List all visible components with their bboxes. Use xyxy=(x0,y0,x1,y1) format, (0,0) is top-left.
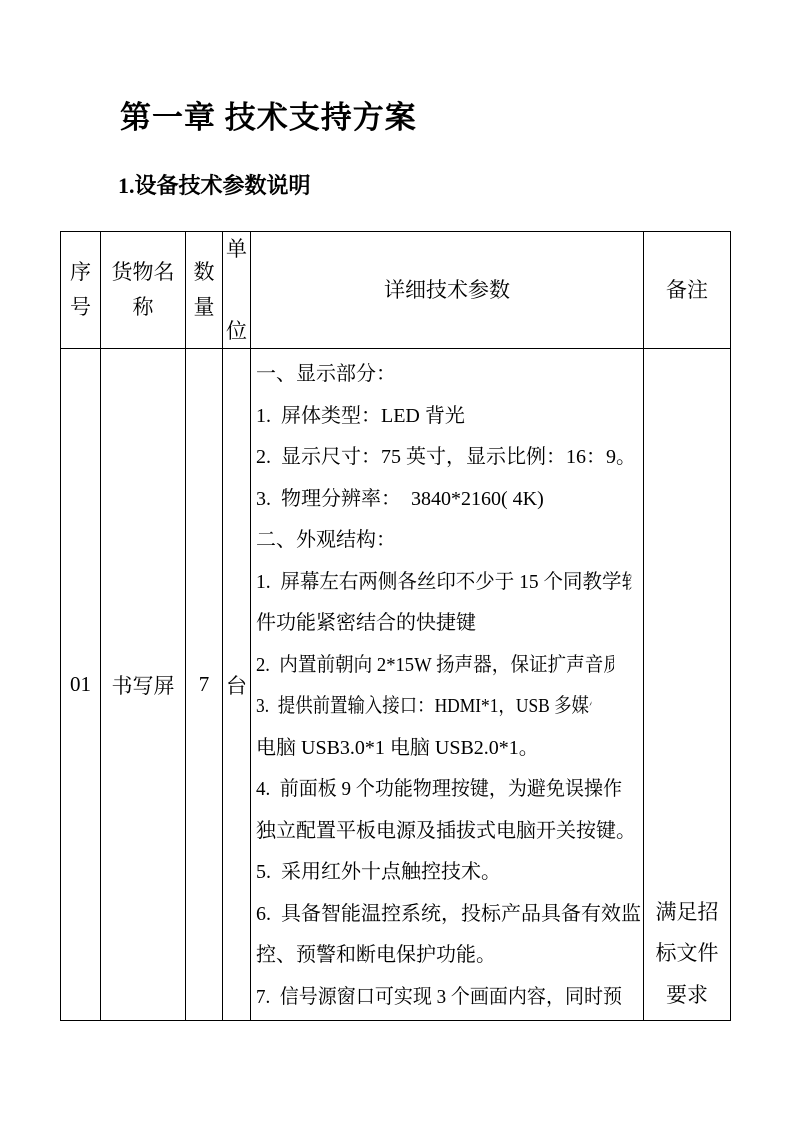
param-line: 2. 显示尺寸：75 英寸，显示比例：16：9。 xyxy=(256,437,641,479)
header-unit: 单 位 xyxy=(223,232,251,349)
remark-line: 要求 xyxy=(644,975,730,1017)
header-qty-line2: 量 xyxy=(186,290,222,325)
table-header-row: 序 号 货物名 称 数 量 单 位 详细技术参数 xyxy=(61,232,731,349)
param-line: 电脑 USB3.0*1 电脑 USB2.0*1。 xyxy=(256,728,641,770)
param-line: 3. 提供前置输入接口：HDMI*1，USB 多媒体*1， xyxy=(256,686,591,728)
remark-block: 满足招 标文件 要求 xyxy=(644,892,730,1017)
remark-line: 满足招 xyxy=(644,892,730,934)
header-seq-line1: 序 xyxy=(61,255,100,290)
param-line: 3. 物理分辨率： 3840*2160( 4K) xyxy=(256,479,641,521)
param-line: 件功能紧密结合的快捷键 xyxy=(256,603,641,645)
param-line: 二、外观结构： xyxy=(256,520,641,562)
cell-seq: 01 xyxy=(61,349,101,1021)
cell-remark: 满足招 标文件 要求 xyxy=(644,349,731,1021)
param-line: 7. 信号源窗口可实现 3 个画面内容，同时预览 xyxy=(256,977,622,1019)
section-heading: 1.设备技术参数说明 xyxy=(118,173,311,199)
remark-line: 标文件 xyxy=(644,933,730,975)
header-goods-name: 货物名 称 xyxy=(101,232,186,349)
header-detail-params: 详细技术参数 xyxy=(251,232,644,349)
param-line: 1. 屏体类型：LED 背光 xyxy=(256,396,641,438)
cell-unit: 台 xyxy=(223,349,251,1021)
param-line: 6. 具备智能温控系统，投标产品具备有效监 xyxy=(256,894,641,936)
header-qty: 数 量 xyxy=(186,232,223,349)
cell-detail-params: 一、显示部分： 1. 屏体类型：LED 背光 2. 显示尺寸：75 英寸，显示比… xyxy=(251,349,644,1021)
equipment-spec-table: 序 号 货物名 称 数 量 单 位 详细技术参数 xyxy=(60,231,731,1021)
table-data-row: 01 书写屏 7 台 一、显示部分： 1. 屏体类型：LED 背光 2. 显示尺… xyxy=(61,349,731,1021)
cell-goods-name: 书写屏 xyxy=(101,349,186,1021)
param-line: 4. 前面板 9 个功能物理按键，为避免误操作， xyxy=(256,769,622,811)
header-seq-line2: 号 xyxy=(61,290,100,325)
cell-qty: 7 xyxy=(186,349,223,1021)
header-remark: 备注 xyxy=(644,232,731,349)
param-line: 控、预警和断电保护功能。 xyxy=(256,935,641,977)
document-page: 第一章 技术支持方案 1.设备技术参数说明 序 号 货物名 称 数 量 xyxy=(0,0,793,1122)
header-unit-line1: 单 xyxy=(226,238,247,260)
header-unit-stack: 单 位 xyxy=(223,238,250,342)
param-line: 5. 采用红外十点触控技术。 xyxy=(256,852,641,894)
header-seq: 序 号 xyxy=(61,232,101,349)
header-qty-line1: 数 xyxy=(186,255,222,290)
header-goods-line1: 货物名 xyxy=(101,255,185,290)
header-unit-line2: 位 xyxy=(226,320,247,342)
param-line: 2. 内置前朝向 2*15W 扬声器，保证扩声音质。 xyxy=(256,645,614,687)
param-line: 独立配置平板电源及插拔式电脑开关按键。 xyxy=(256,811,641,853)
param-line: 一、显示部分： xyxy=(256,354,641,396)
chapter-title: 第一章 技术支持方案 xyxy=(120,100,417,136)
param-line: 1. 屏幕左右两侧各丝印不少于 15 个同教学软 xyxy=(256,562,631,604)
header-goods-line2: 称 xyxy=(101,290,185,325)
